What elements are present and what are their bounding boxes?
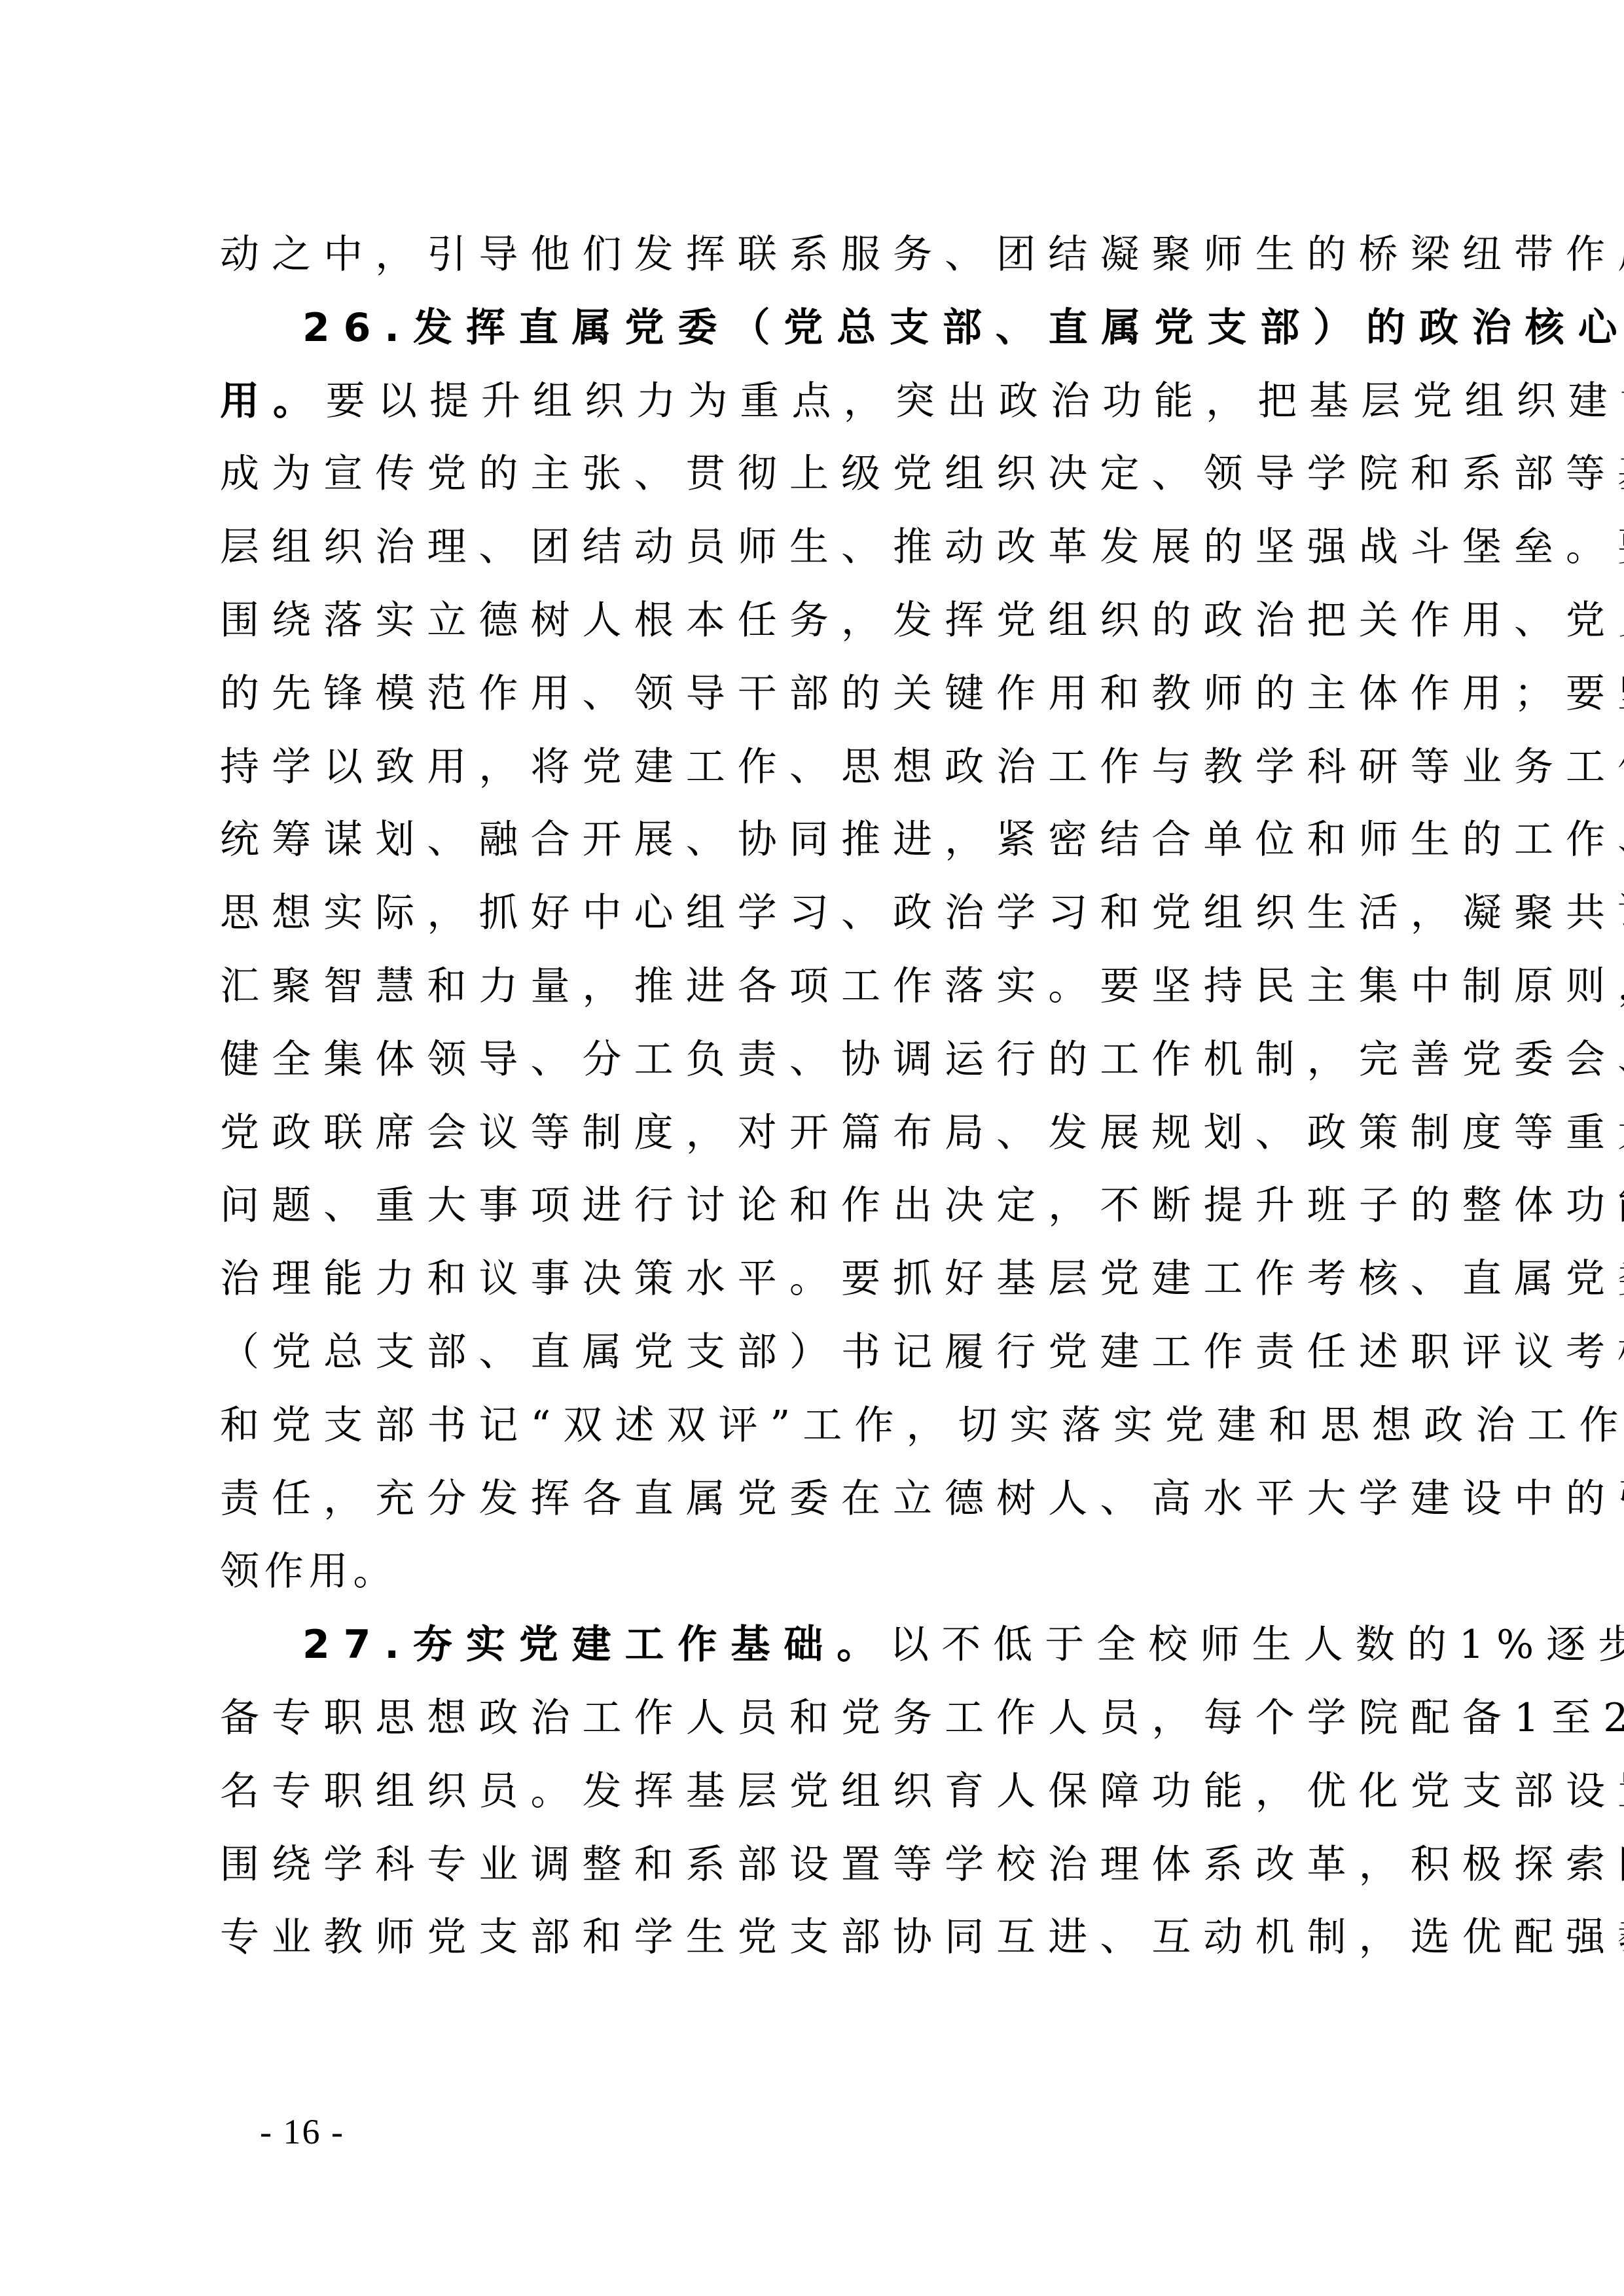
text-line: 责 任 ， 充 分 发 挥 各 直 属 党 委 在 立 德 树 人 、 高 水 … xyxy=(220,1463,1420,1536)
body-text-segment: 的 先 锋 模 范 作 用 、 领 导 干 部 的 关 键 作 用 和 教 师 … xyxy=(220,671,1624,717)
body-text: 动 之 中 ， 引 导 他 们 发 挥 联 系 服 务 、 团 结 凝 聚 师 … xyxy=(220,219,1420,1975)
document-page: 动 之 中 ， 引 导 他 们 发 挥 联 系 服 务 、 团 结 凝 聚 师 … xyxy=(0,0,1624,2296)
paragraph-first-line: 2 7 . 夯 实 党 建 工 作 基 础 。 以 不 低 于 全 校 师 生 … xyxy=(220,1609,1420,1682)
text-line: 层 组 织 治 理 、 团 结 动 员 师 生 、 推 动 改 革 发 展 的 … xyxy=(220,511,1420,584)
text-line: 统 筹 谋 划 、 融 合 开 展 、 协 同 推 进 ， 紧 密 结 合 单 … xyxy=(220,804,1420,877)
section-heading-text: 用 。 xyxy=(220,378,326,424)
body-text-segment: 责 任 ， 充 分 发 挥 各 直 属 党 委 在 立 德 树 人 、 高 水 … xyxy=(220,1476,1624,1522)
body-text-segment: 动 之 中 ， 引 导 他 们 发 挥 联 系 服 务 、 团 结 凝 聚 师 … xyxy=(220,232,1624,278)
text-line: 围 绕 落 实 立 德 树 人 根 本 任 务 ， 发 挥 党 组 织 的 政 … xyxy=(220,584,1420,658)
text-line: 动 之 中 ， 引 导 他 们 发 挥 联 系 服 务 、 团 结 凝 聚 师 … xyxy=(220,219,1420,292)
text-line: 名 专 职 组 织 员 。 发 挥 基 层 党 组 织 育 人 保 障 功 能 … xyxy=(220,1755,1420,1829)
text-line: 汇 聚 智 慧 和 力 量 ， 推 进 各 项 工 作 落 实 。 要 坚 持 … xyxy=(220,950,1420,1024)
body-text-segment: 汇 聚 智 慧 和 力 量 ， 推 进 各 项 工 作 落 实 。 要 坚 持 … xyxy=(220,963,1624,1009)
text-line: 持 学 以 致 用 ， 将 党 建 工 作 、 思 想 政 治 工 作 与 教 … xyxy=(220,731,1420,804)
body-text-segment: 统 筹 谋 划 、 融 合 开 展 、 协 同 推 进 ， 紧 密 结 合 单 … xyxy=(220,817,1624,863)
body-text-segment: 问 题 、 重 大 事 项 进 行 讨 论 和 作 出 决 定 ， 不 断 提 … xyxy=(220,1183,1624,1229)
body-text-segment: 名 专 职 组 织 员 。 发 挥 基 层 党 组 织 育 人 保 障 功 能 … xyxy=(220,1768,1624,1814)
body-text-segment: （ 党 总 支 部 、 直 属 党 支 部 ） 书 记 履 行 党 建 工 作 … xyxy=(220,1329,1624,1375)
body-text-segment: 党 政 联 席 会 议 等 制 度 ， 对 开 篇 布 局 、 发 展 规 划 … xyxy=(220,1110,1624,1156)
body-text-segment: 以 不 低 于 全 校 师 生 人 数 的 1 % 逐 步 配 xyxy=(890,1622,1624,1668)
body-text-segment: 要 以 提 升 组 织 力 为 重 点 ， 突 出 政 治 功 能 ， 把 基 … xyxy=(326,378,1624,424)
body-text-segment: 领作用。 xyxy=(220,1549,397,1594)
body-text-segment: 治 理 能 力 和 议 事 决 策 水 平 。 要 抓 好 基 层 党 建 工 … xyxy=(220,1256,1624,1302)
page-number: - 16 - xyxy=(260,2109,344,2155)
text-line: 和 党 支 部 书 记 “ 双 述 双 评 ” 工 作 ， 切 实 落 实 党 … xyxy=(220,1390,1420,1463)
text-line: 成 为 宣 传 党 的 主 张 、 贯 彻 上 级 党 组 织 决 定 、 领 … xyxy=(220,438,1420,511)
body-text-segment: 专 业 教 师 党 支 部 和 学 生 党 支 部 协 同 互 进 、 互 动 … xyxy=(220,1914,1624,1960)
body-text-segment: 持 学 以 致 用 ， 将 党 建 工 作 、 思 想 政 治 工 作 与 教 … xyxy=(220,744,1624,790)
body-text-segment: 健 全 集 体 领 导 、 分 工 负 责 、 协 调 运 行 的 工 作 机 … xyxy=(220,1037,1624,1083)
section-heading-text: 2 7 . 夯 实 党 建 工 作 基 础 。 xyxy=(302,1622,890,1668)
body-text-segment: 层 组 织 治 理 、 团 结 动 员 师 生 、 推 动 改 革 发 展 的 … xyxy=(220,524,1624,570)
text-line: 专 业 教 师 党 支 部 和 学 生 党 支 部 协 同 互 进 、 互 动 … xyxy=(220,1901,1420,1975)
text-line: 问 题 、 重 大 事 项 进 行 讨 论 和 作 出 决 定 ， 不 断 提 … xyxy=(220,1170,1420,1243)
text-line: 健 全 集 体 领 导 、 分 工 负 责 、 协 调 运 行 的 工 作 机 … xyxy=(220,1024,1420,1097)
text-line: 的 先 锋 模 范 作 用 、 领 导 干 部 的 关 键 作 用 和 教 师 … xyxy=(220,658,1420,731)
body-text-segment: 围 绕 学 科 专 业 调 整 和 系 部 设 置 等 学 校 治 理 体 系 … xyxy=(220,1842,1624,1888)
body-text-segment: 备 专 职 思 想 政 治 工 作 人 员 和 党 务 工 作 人 员 ， 每 … xyxy=(220,1695,1624,1741)
text-line: 党 政 联 席 会 议 等 制 度 ， 对 开 篇 布 局 、 发 展 规 划 … xyxy=(220,1097,1420,1170)
text-line: 思 想 实 际 ， 抓 好 中 心 组 学 习 、 政 治 学 习 和 党 组 … xyxy=(220,877,1420,950)
text-line: 围 绕 学 科 专 业 调 整 和 系 部 设 置 等 学 校 治 理 体 系 … xyxy=(220,1829,1420,1902)
paragraph-first-line: 2 6 . 发 挥 直 属 党 委 （ 党 总 支 部 、 直 属 党 支 部 … xyxy=(220,292,1420,365)
text-line: （ 党 总 支 部 、 直 属 党 支 部 ） 书 记 履 行 党 建 工 作 … xyxy=(220,1316,1420,1390)
text-line: 用 。 要 以 提 升 组 织 力 为 重 点 ， 突 出 政 治 功 能 ， … xyxy=(220,365,1420,439)
body-text-segment: 围 绕 落 实 立 德 树 人 根 本 任 务 ， 发 挥 党 组 织 的 政 … xyxy=(220,598,1624,643)
section-heading-text: 2 6 . 发 挥 直 属 党 委 （ 党 总 支 部 、 直 属 党 支 部 … xyxy=(302,305,1624,351)
body-text-segment: 和 党 支 部 书 记 “ 双 述 双 评 ” 工 作 ， 切 实 落 实 党 … xyxy=(220,1403,1618,1448)
text-line: 领作用。 xyxy=(220,1535,1420,1609)
text-line: 备 专 职 思 想 政 治 工 作 人 员 和 党 务 工 作 人 员 ， 每 … xyxy=(220,1682,1420,1755)
body-text-segment: 思 想 实 际 ， 抓 好 中 心 组 学 习 、 政 治 学 习 和 党 组 … xyxy=(220,890,1624,936)
text-line: 治 理 能 力 和 议 事 决 策 水 平 。 要 抓 好 基 层 党 建 工 … xyxy=(220,1243,1420,1316)
body-text-segment: 成 为 宣 传 党 的 主 张 、 贯 彻 上 级 党 组 织 决 定 、 领 … xyxy=(220,451,1624,497)
